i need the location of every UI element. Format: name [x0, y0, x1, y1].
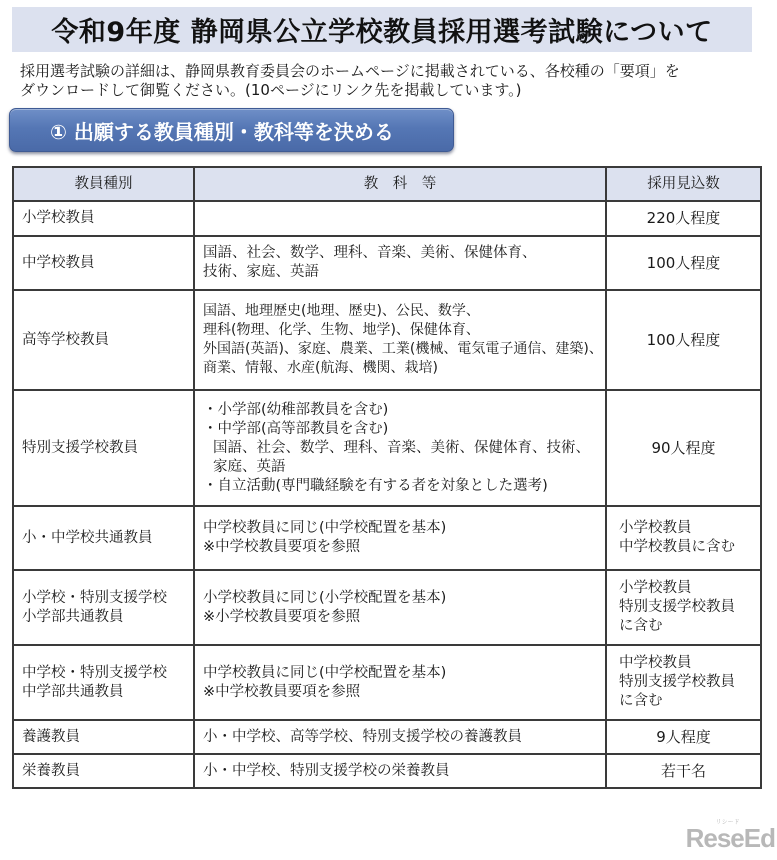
- cell-teacher-type: 特別支援学校教員: [13, 390, 194, 506]
- table-row: 栄養教員 小・中学校、特別支援学校の栄養教員 若干名: [13, 754, 761, 788]
- intro-line: 採用選考試験の詳細は、静岡県教育委員会のホームページに掲載されている、各校種の「…: [20, 62, 760, 81]
- cell-expected-hires: 100人程度: [606, 236, 761, 290]
- cell-expected-hires: 若干名: [606, 754, 761, 788]
- section-heading-button: ① 出願する教員種別・教科等を決める: [9, 108, 454, 152]
- cell-subjects: 小・中学校、高等学校、特別支援学校の養護教員: [194, 720, 606, 754]
- cell-subjects: 国語、地理歴史(地理、歴史)、公民、数学、 理科(物理、化学、生物、地学)、保健…: [194, 290, 606, 390]
- cell-expected-hires: 220人程度: [606, 201, 761, 236]
- reseed-logo-subtext: リシード: [716, 817, 740, 826]
- table-row: 小学校教員 220人程度: [13, 201, 761, 236]
- cell-teacher-type: 栄養教員: [13, 754, 194, 788]
- table-row: 高等学校教員 国語、地理歴史(地理、歴史)、公民、数学、 理科(物理、化学、生物…: [13, 290, 761, 390]
- cell-expected-hires: 100人程度: [606, 290, 761, 390]
- cell-teacher-type: 高等学校教員: [13, 290, 194, 390]
- header-expected-hires: 採用見込数: [606, 167, 761, 201]
- table-row: 小・中学校共通教員 中学校教員に同じ(中学校配置を基本) ※中学校教員要項を参照…: [13, 506, 761, 570]
- intro-line: ダウンロードして御覧ください。(10ページにリンク先を掲載しています。): [20, 81, 760, 100]
- cell-subjects: 中学校教員に同じ(中学校配置を基本) ※中学校教員要項を参照: [194, 645, 606, 720]
- reseed-logo: リシード ReseEd: [686, 823, 775, 854]
- table-row: 小学校・特別支援学校 小学部共通教員 小学校教員に同じ(小学校配置を基本) ※小…: [13, 570, 761, 645]
- cell-teacher-type: 中学校教員: [13, 236, 194, 290]
- cell-expected-hires: 中学校教員 特別支援学校教員 に含む: [606, 645, 761, 720]
- cell-subjects: 小学校教員に同じ(小学校配置を基本) ※小学校教員要項を参照: [194, 570, 606, 645]
- cell-subjects: 国語、社会、数学、理科、音楽、美術、保健体育、 技術、家庭、英語: [194, 236, 606, 290]
- header-subjects: 教 科 等: [194, 167, 606, 201]
- cell-expected-hires: 90人程度: [606, 390, 761, 506]
- cell-expected-hires: 小学校教員 特別支援学校教員 に含む: [606, 570, 761, 645]
- cell-teacher-type: 中学校・特別支援学校 中学部共通教員: [13, 645, 194, 720]
- reseed-logo-text: ReseEd: [686, 823, 775, 853]
- table-header-row: 教員種別 教 科 等 採用見込数: [13, 167, 761, 201]
- table-row: 中学校・特別支援学校 中学部共通教員 中学校教員に同じ(中学校配置を基本) ※中…: [13, 645, 761, 720]
- intro-text: 採用選考試験の詳細は、静岡県教育委員会のホームページに掲載されている、各校種の「…: [20, 62, 760, 100]
- cell-expected-hires: 9人程度: [606, 720, 761, 754]
- cell-teacher-type: 養護教員: [13, 720, 194, 754]
- cell-teacher-type: 小学校・特別支援学校 小学部共通教員: [13, 570, 194, 645]
- cell-subjects: 中学校教員に同じ(中学校配置を基本) ※中学校教員要項を参照: [194, 506, 606, 570]
- table-row: 特別支援学校教員 ・小学部(幼稚部教員を含む) ・中学部(高等部教員を含む) 国…: [13, 390, 761, 506]
- cell-expected-hires: 小学校教員 中学校教員に含む: [606, 506, 761, 570]
- table-row: 養護教員 小・中学校、高等学校、特別支援学校の養護教員 9人程度: [13, 720, 761, 754]
- section-heading-label: ① 出願する教員種別・教科等を決める: [50, 116, 394, 145]
- header-teacher-type: 教員種別: [13, 167, 194, 201]
- page-title: 令和9年度 静岡県公立学校教員採用選考試験について: [51, 10, 712, 49]
- cell-teacher-type: 小学校教員: [13, 201, 194, 236]
- cell-subjects: [194, 201, 606, 236]
- cell-teacher-type: 小・中学校共通教員: [13, 506, 194, 570]
- table-row: 中学校教員 国語、社会、数学、理科、音楽、美術、保健体育、 技術、家庭、英語 1…: [13, 236, 761, 290]
- cell-subjects: ・小学部(幼稚部教員を含む) ・中学部(高等部教員を含む) 国語、社会、数学、理…: [194, 390, 606, 506]
- title-band: 令和9年度 静岡県公立学校教員採用選考試験について: [12, 7, 752, 52]
- cell-subjects: 小・中学校、特別支援学校の栄養教員: [194, 754, 606, 788]
- teacher-types-table: 教員種別 教 科 等 採用見込数 小学校教員 220人程度 中学校教員 国語、社…: [12, 166, 762, 789]
